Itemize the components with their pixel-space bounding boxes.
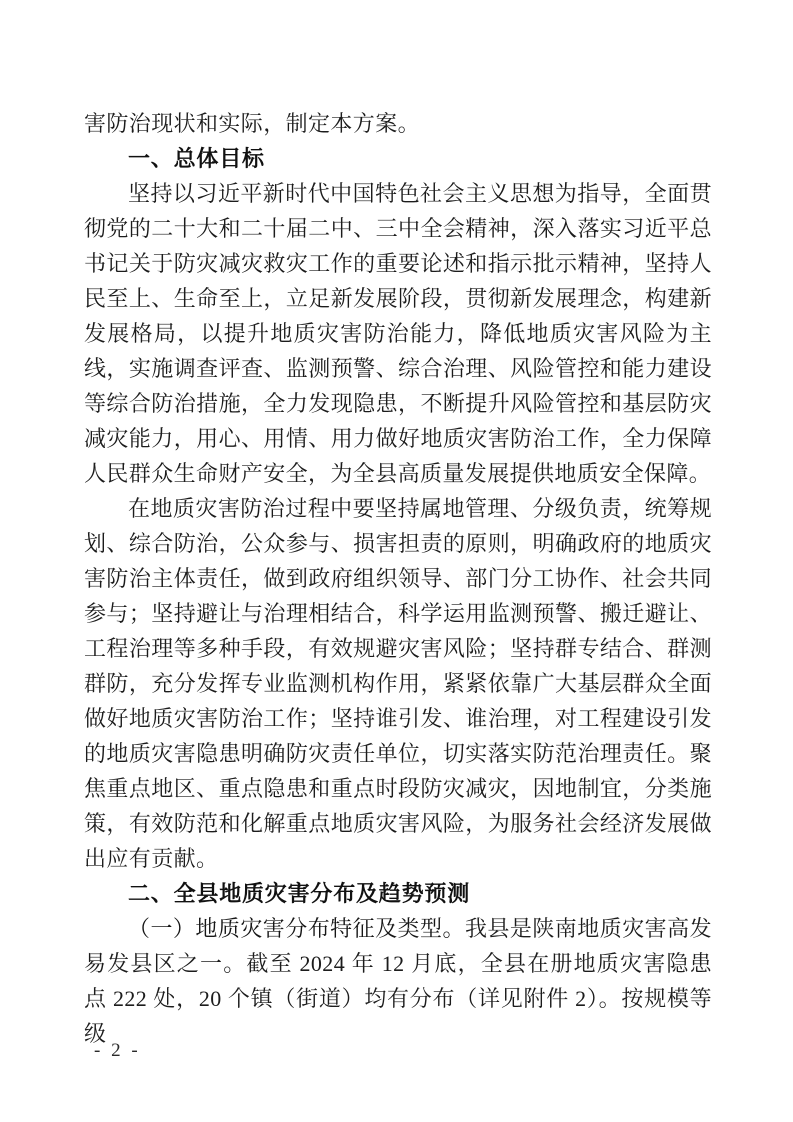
paragraph-work-principles: 在地质灾害防治过程中要坚持属地管理、分级负责，统筹规划、综合防治，公众参与、损害… [84, 491, 712, 876]
subheading-distribution-types: （一）地质灾害分布特征及类型。 [128, 916, 465, 941]
paragraph-disaster-distribution: （一）地质灾害分布特征及类型。我县是陕南地质灾害高发易发县区之一。截至 2024… [84, 911, 712, 1051]
document-page: 害防治现状和实际，制定本方案。 一、总体目标 坚持以习近平新时代中国特色社会主义… [0, 0, 793, 1122]
heading-disaster-distribution-forecast: 二、全县地质灾害分布及趋势预测 [84, 876, 712, 911]
paragraph-guiding-principles: 坚持以习近平新时代中国特色社会主义思想为指导，全面贯彻党的二十大和二十届二中、三… [84, 176, 712, 491]
heading-overall-goals: 一、总体目标 [84, 141, 712, 176]
document-body: 害防治现状和实际，制定本方案。 一、总体目标 坚持以习近平新时代中国特色社会主义… [84, 106, 712, 1051]
paragraph-carryover: 害防治现状和实际，制定本方案。 [84, 106, 712, 141]
page-number: - 2 - [94, 1040, 141, 1062]
